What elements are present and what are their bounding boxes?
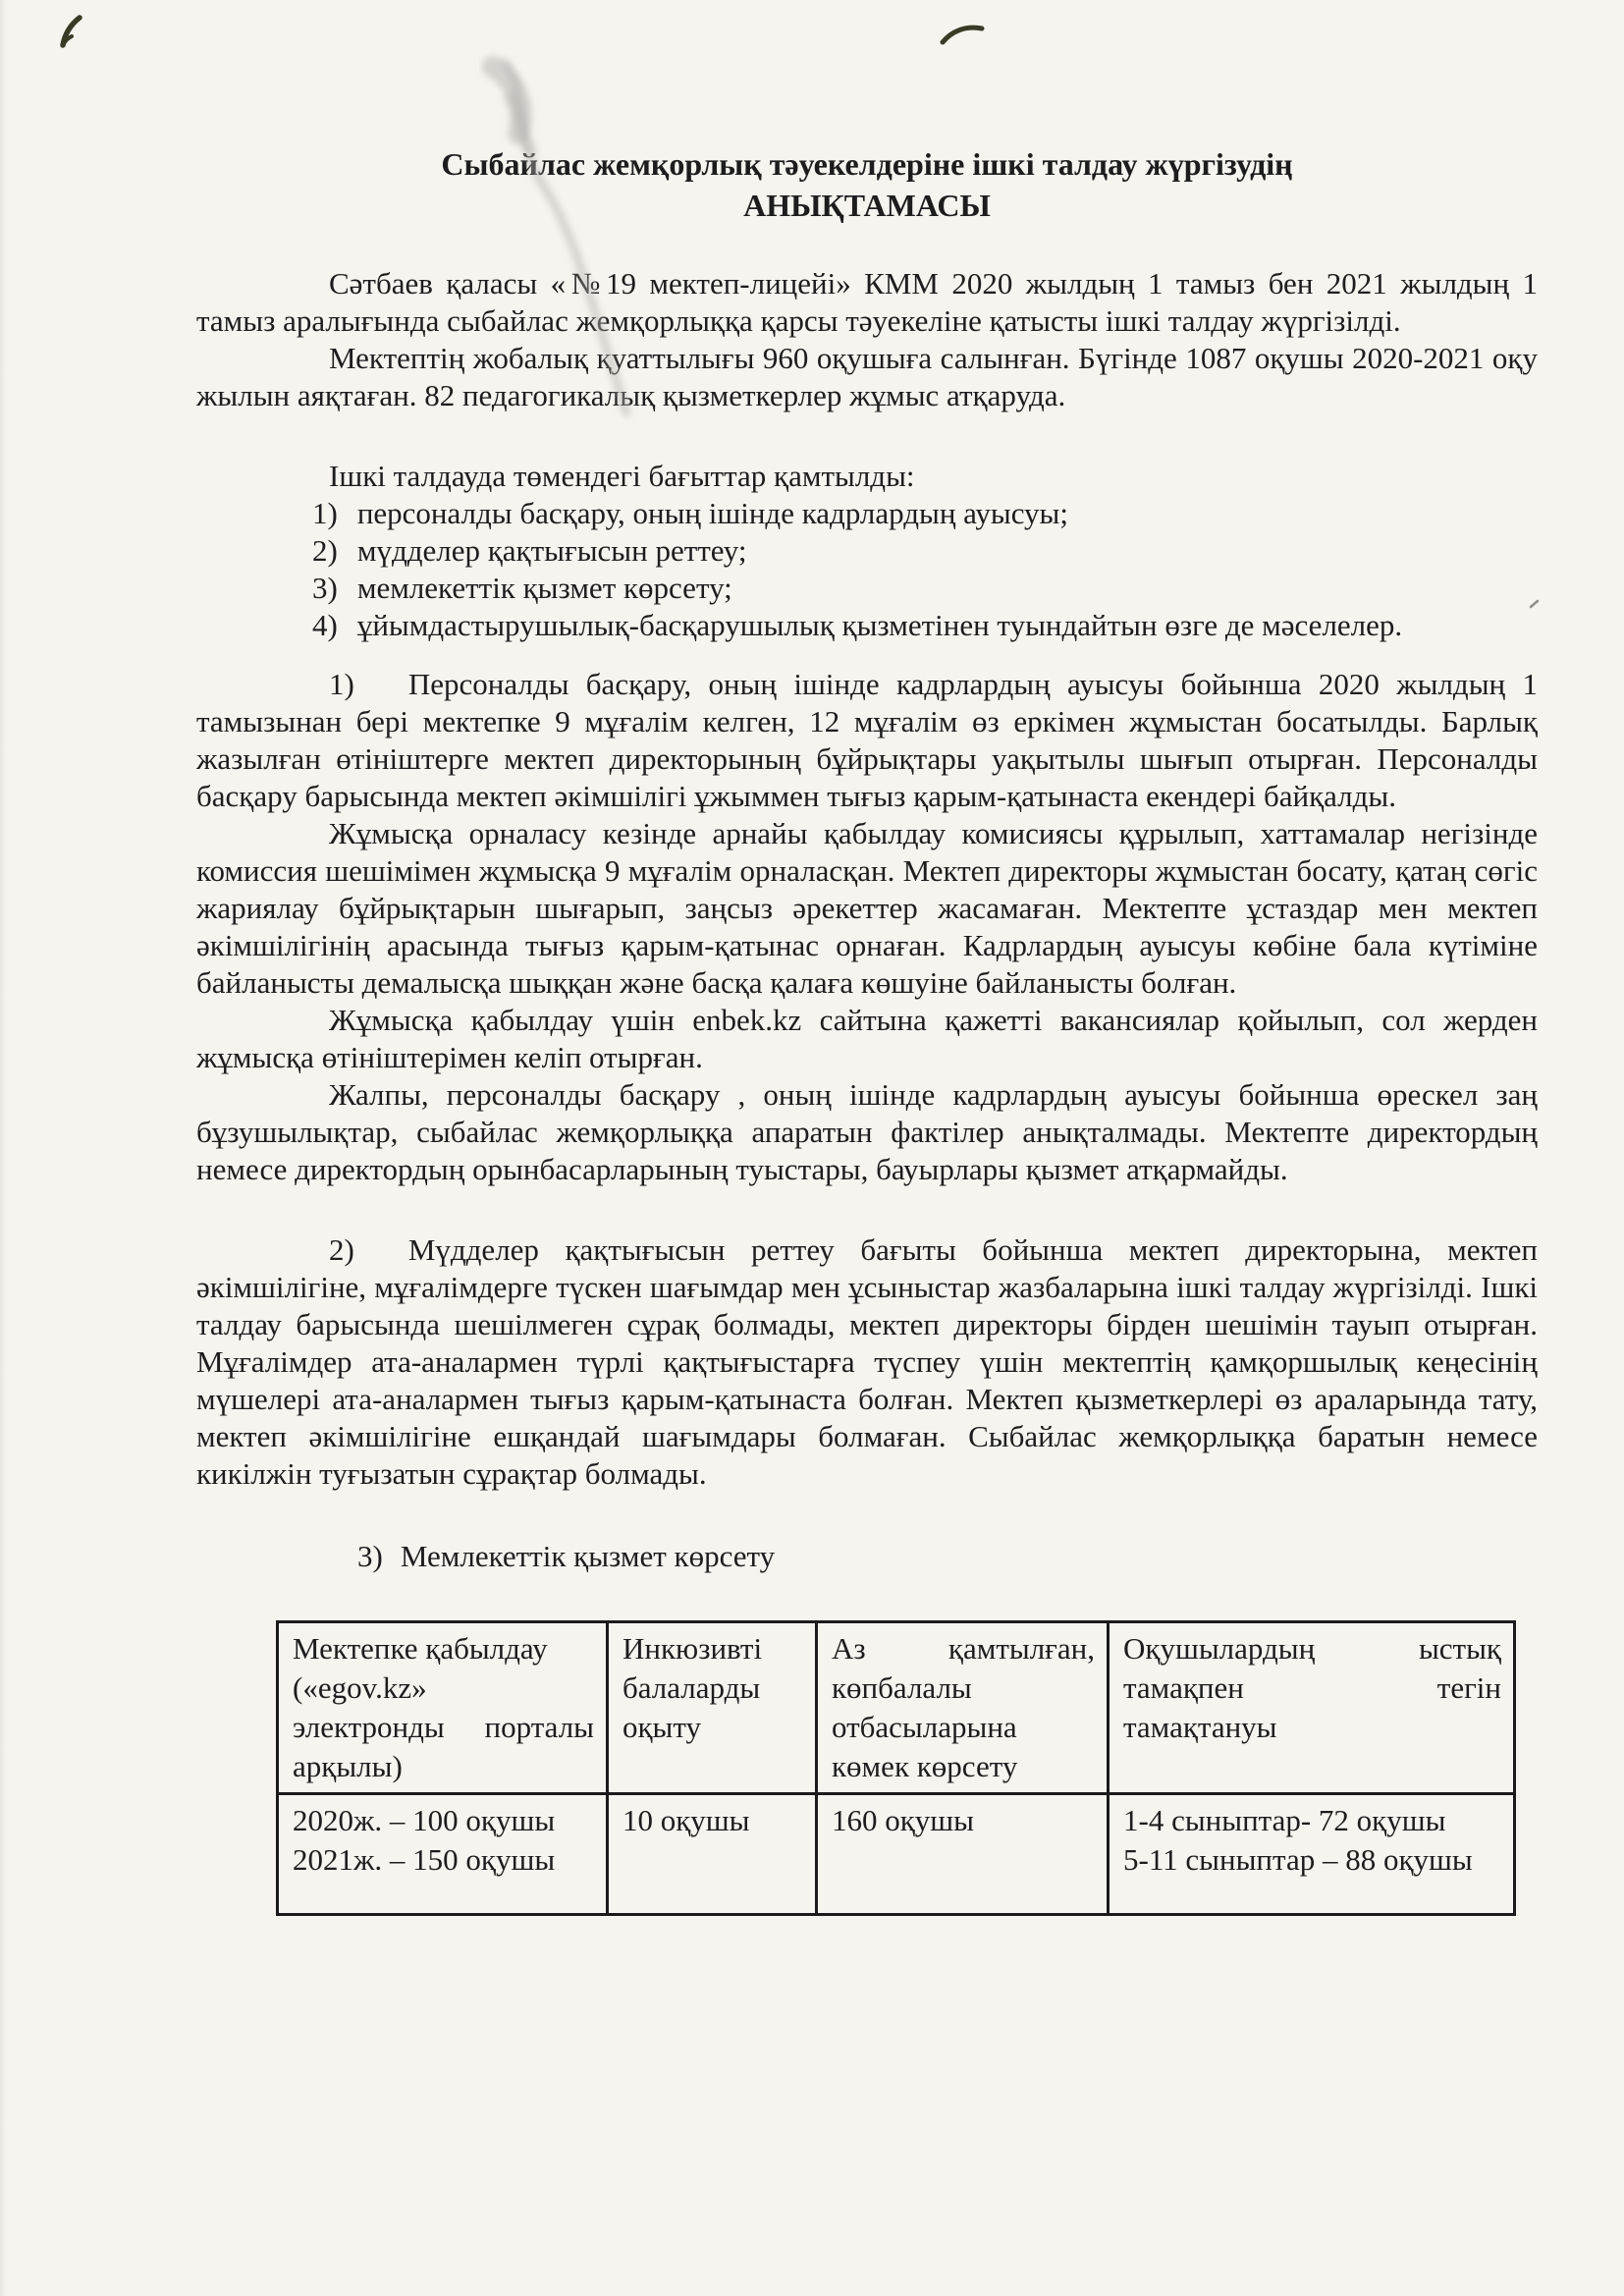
section1-paragraph-2: Жұмысқа орналасу кезінде арнайы қабылдау… [196,815,1538,1002]
directions-list-item-4: 4)ұйымдастырушылық-басқарушылық қызметін… [196,607,1538,644]
table-header-row: Мектепке қабылдау («egov.kz» электронды … [278,1622,1515,1794]
section3-heading-text: Мемлекеттік қызмет көрсету [401,1539,775,1573]
document-content: Сыбайлас жемқорлық тәуекелдеріне ішкі та… [0,0,1624,1916]
document-title: Сыбайлас жемқорлық тәуекелдеріне ішкі та… [196,143,1538,226]
list-item-text: мемлекеттік қызмет көрсету; [357,571,732,605]
section2-paragraph-1: 2)Мүдделер қақтығысын реттеу бағыты бойы… [196,1231,1538,1493]
table-cell-assistance-value: 160 оқушы [817,1794,1109,1915]
table-cell-inclusive-value: 10 оқушы [608,1794,817,1915]
list-item-number: 2) [312,533,338,568]
directions-list: 1)персоналды басқару, оның ішінде кадрла… [196,495,1538,644]
intro-paragraph-1: Сәтбаев қаласы «№19 мектеп-лицейі» КММ 2… [196,265,1538,340]
title-line-2: АНЫҚТАМАСЫ [196,185,1538,226]
section2-number: 2) [329,1232,354,1267]
section1-paragraph-3: Жұмысқа қабылдау үшін enbek.kz сайтына қ… [196,1002,1538,1076]
scanned-document-page: Сыбайлас жемқорлық тәуекелдеріне ішкі та… [0,0,1624,2296]
title-line-1: Сыбайлас жемқорлық тәуекелдеріне ішкі та… [196,143,1538,185]
directions-list-item-1: 1)персоналды басқару, оның ішінде кадрла… [196,495,1538,532]
list-item-number: 1) [312,496,338,530]
section1-text-1: Персоналды басқару, оның ішінде кадрлард… [196,667,1538,813]
list-item-text: персоналды басқару, оның ішінде кадрлард… [357,496,1068,530]
section1-paragraph-1: 1)Персоналды басқару, оның ішінде кадрла… [196,666,1538,815]
section2-text-1: Мүдделер қақтығысын реттеу бағыты бойынш… [196,1232,1538,1491]
table-header-inclusive-education: Инкюзивті балаларды оқыту [608,1622,817,1794]
intro-paragraph-2: Мектептің жобалық қуаттылығы 960 оқушыға… [196,340,1538,414]
list-item-number: 4) [312,608,338,642]
directions-intro: Ішкі талдауда төмендегі бағыттар қамтылд… [196,458,1538,495]
table-header-school-admission: Мектепке қабылдау («egov.kz» электронды … [278,1622,608,1794]
public-services-table: Мектепке қабылдау («egov.kz» электронды … [276,1620,1516,1916]
directions-list-item-2: 2)мүдделер қақтығысын реттеу; [196,532,1538,570]
list-item-text: мүдделер қақтығысын реттеу; [357,533,747,568]
section3-number: 3) [357,1539,383,1573]
table-header-family-assistance: Аз қамтылған, көпбалалы отбасыларына көм… [817,1622,1109,1794]
section1-number: 1) [329,667,354,701]
table-cell-meals-values: 1-4 сыныптар- 72 оқушы 5-11 сыныптар – 8… [1109,1794,1515,1915]
table-header-free-meals: Оқушылардың ыстық тамақпен тегін тамақта… [1109,1622,1515,1794]
section3-heading: 3)Мемлекеттік қызмет көрсету [196,1538,1538,1575]
list-item-number: 3) [312,571,338,605]
table-cell-admission-values: 2020ж. – 100 оқушы 2021ж. – 150 оқушы [278,1794,608,1915]
directions-list-item-3: 3)мемлекеттік қызмет көрсету; [196,570,1538,607]
table-data-row: 2020ж. – 100 оқушы 2021ж. – 150 оқушы 10… [278,1794,1515,1915]
list-item-text: ұйымдастырушылық-басқарушылық қызметінен… [357,608,1402,642]
section1-paragraph-4: Жалпы, персоналды басқару , оның ішінде … [196,1076,1538,1188]
